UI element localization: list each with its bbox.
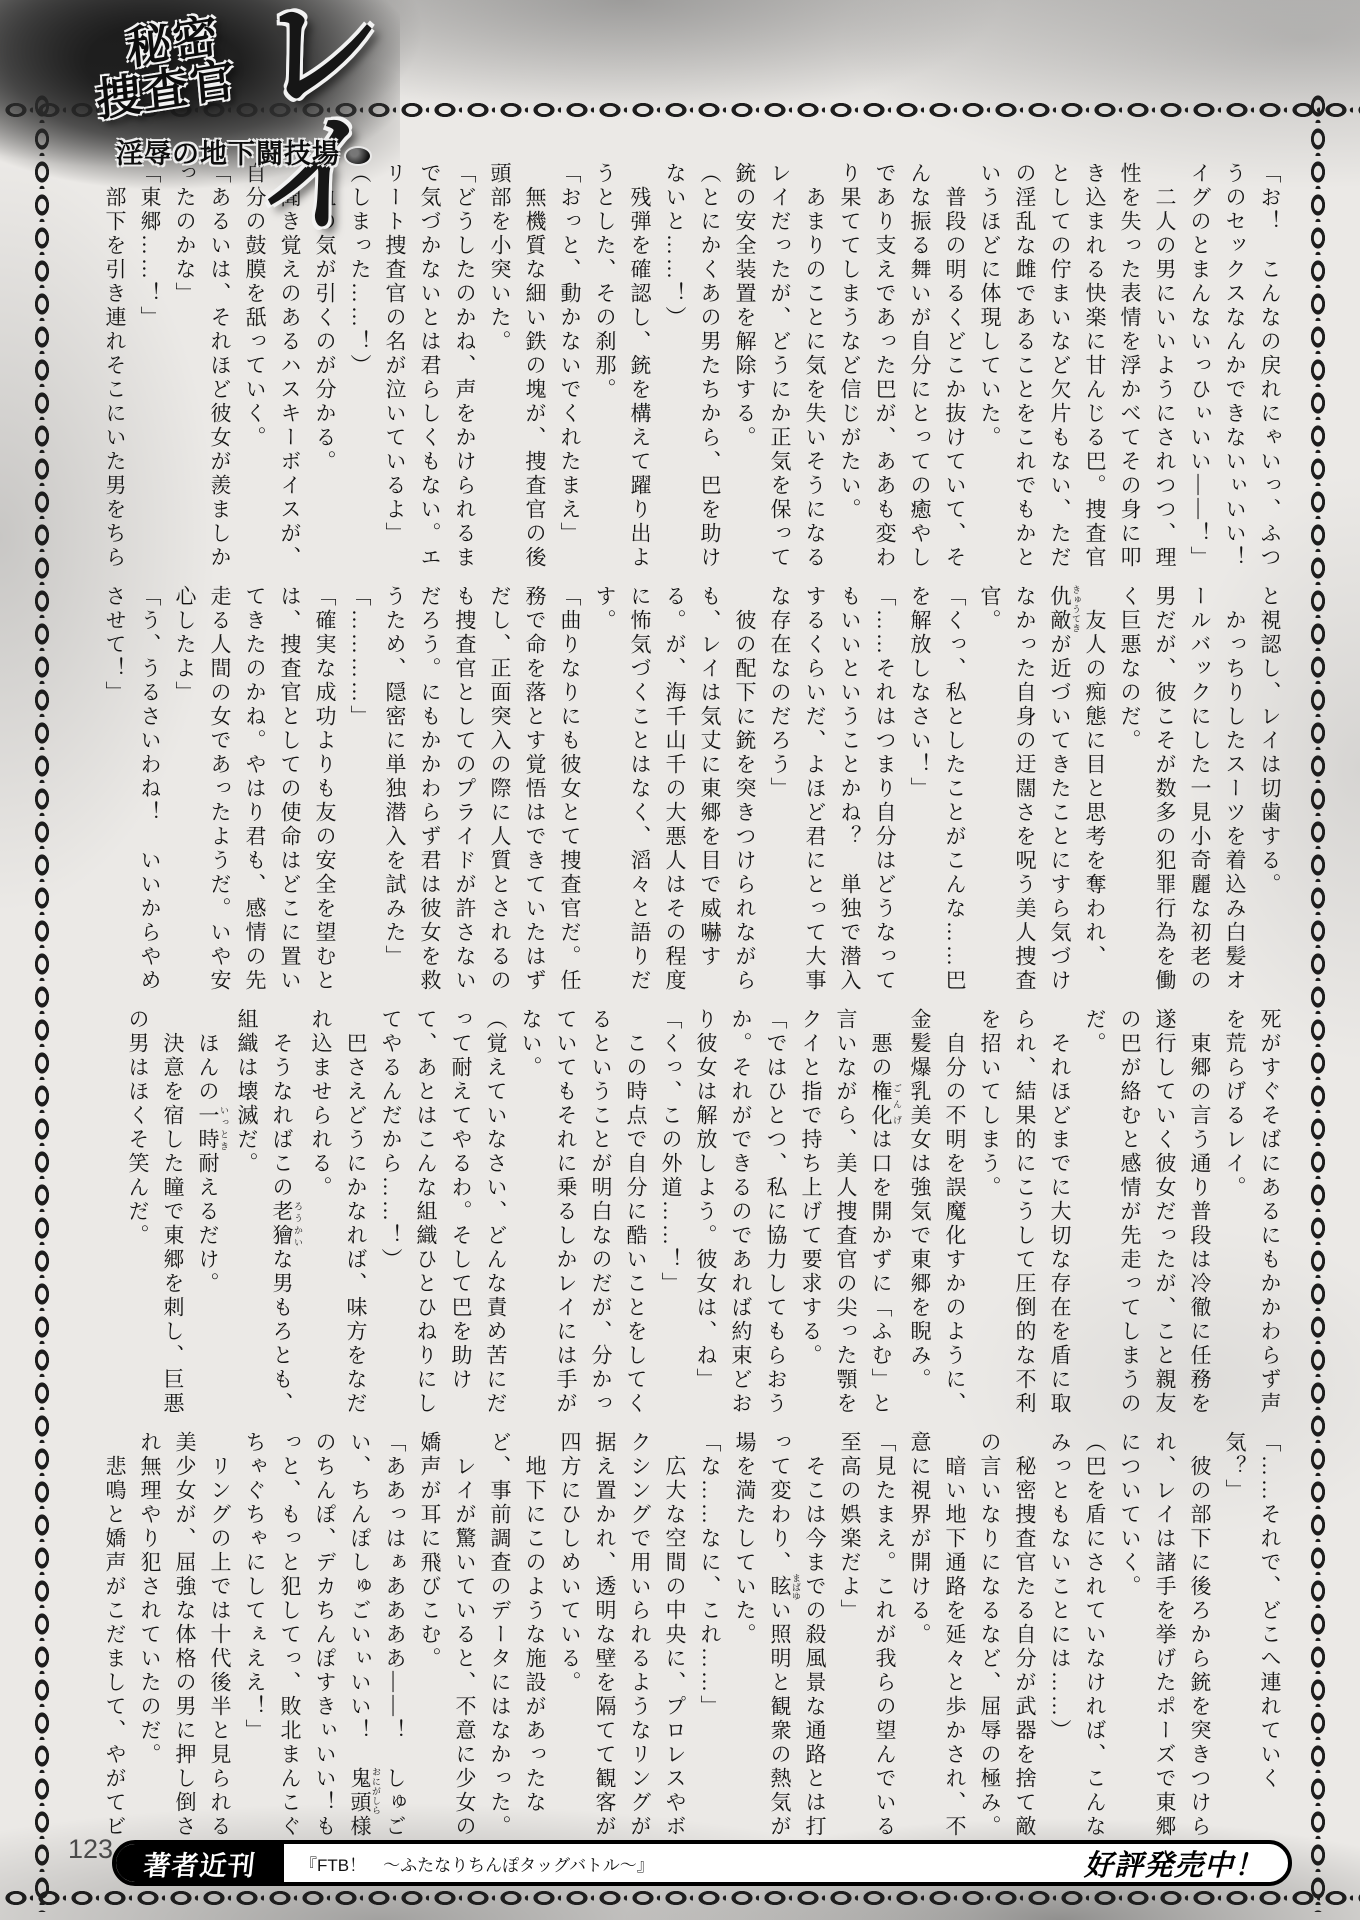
footer-author-label: 著者近刊 <box>116 1844 284 1882</box>
paragraph: 「う、うるさいわね！ いいからやめさせて！」 <box>97 585 167 1003</box>
paragraph: 頭に血が上り、銃を突きつけられて <box>95 585 97 1003</box>
paragraph: 巴さえどうにかなれば、味方をなだれ込ませられる。 <box>303 1008 373 1426</box>
text-band-2: と視認し、レイは切歯する。 かっちりしたスーツを着込み白髪オールバックにした一見… <box>95 585 1287 1003</box>
series-subtitle: 淫辱の地下闘技場 <box>116 132 370 171</box>
paragraph: 普段の明るくどこか抜けていて、そんな振る舞いが自分にとっての癒やしであり支えであ… <box>832 162 972 580</box>
paragraph: それほどまでに大切な存在を盾に取られ、結果的にこうして圧倒的な不利を招いてしまう… <box>972 1008 1077 1426</box>
paragraph: 決意を宿した瞳で東郷を刺し、巨悪の男はほくそ笑んだ。 <box>120 1008 190 1426</box>
paragraph: 「な……なに、これ……」 <box>692 1431 727 1849</box>
paragraph: 「おっと、動かないでくれたまえ」 <box>552 162 587 580</box>
footer-promo-text: 好評発売中！ <box>1084 1843 1288 1884</box>
paragraph: 二人の男にいいようにされつつ、理性を失った表情を浮かべてその身に叩き込まれる快楽… <box>972 162 1182 580</box>
paragraph: 友人の痴態に目と思考を奪われ、仇敵きゅうてきが近づいてきたことにすら気づけなかっ… <box>972 585 1112 1003</box>
page-number: 123 <box>68 1834 113 1865</box>
chain-border-bottom <box>0 1884 1360 1912</box>
paragraph: 「ああっはぁああああ――！ しゅごい、ちんぽしゅごいぃいい！ 鬼頭おにがしら様の… <box>237 1431 412 1849</box>
paragraph: 部下を引き連れそこにいた男をちら <box>97 162 132 580</box>
paragraph: 彼の配下に銃を突きつけられながらも、レイは気丈に東郷を目で威嚇する。が、海千山千… <box>587 585 762 1003</box>
paragraph: 死がすぐそばにあるにもかかわらず声を荒らげるレイ。 <box>1217 1008 1287 1426</box>
footer-ad-bar: 著者近刊 『FTB！ 〜ふたなりちんぽタッグバトル〜』 好評発売中！ <box>112 1840 1292 1886</box>
paragraph: 「くっ、私としたことがこんな……巴を解放しなさい！」 <box>902 585 972 1003</box>
paragraph: （とにかくあの男たちから、巴を助けないと……！） <box>657 162 727 580</box>
paragraph: 暗い地下通路を延々と歩かされ、不意に視界が開ける。 <box>902 1431 972 1849</box>
paragraph: 地下にこのような施設があったなど、事前調査のデータにはなかった。 <box>482 1431 552 1849</box>
paragraph: 東郷の言う通り普段は冷徹に任務を遂行していく彼女だったが、こと親友の巴が絡むと感… <box>1077 1008 1217 1426</box>
paragraph: 残弾を確認し、銃を構えて躍り出ようとした、その刹那。 <box>587 162 657 580</box>
paragraph: 「見たまえ。これが我らの望んでいる至高の娯楽だよ」 <box>832 1431 902 1849</box>
paragraph: 「……それで、どこへ連れていく気？」 <box>1217 1431 1287 1849</box>
paragraph: 「…………」 <box>342 585 377 1003</box>
paragraph: 彼の部下に後ろから銃を突きつけられ、レイは諸手を挙げたポーズで東郷についていく。 <box>1112 1431 1217 1849</box>
paragraph: （覚えていなさい、どんな責め苦にだって耐えてやるわ。そして巴を助けて、あとはこん… <box>373 1008 513 1426</box>
paragraph: そうなればこの老獪ろうかいな男もろとも、組織は壊滅だ。 <box>229 1008 303 1426</box>
paragraph: 秘密捜査官たる自分が武器を捨て敵の言いなりになるなど、屈辱の極み。 <box>972 1431 1042 1849</box>
paragraph: そこは今までの殺風景な通路とは打って変わり、眩まばゆい照明と観衆の熱気が場を満た… <box>727 1431 832 1849</box>
paragraph: 「くっ、この外道……！」 <box>653 1008 688 1426</box>
paragraph: 「確実な成功よりも友の安全を望むとは、捜査官としての使命はどこに置いてきたのかね… <box>167 585 342 1003</box>
subtitle-oval-icon <box>346 148 370 164</box>
chain-border-left <box>28 90 56 1912</box>
paragraph: 無機質な細い鉄の塊が、捜査官の後頭部を小突いた。 <box>482 162 552 580</box>
footer-book-title: 『FTB！ 〜ふたなりちんぽタッグバトル〜』 <box>284 1851 1084 1876</box>
paragraph: リングの上では十代後半と見られる美少女が、屈強な体格の男に押し倒され無理やり犯さ… <box>132 1431 237 1849</box>
paragraph: この時点で自分に酷いことをしてくるということが明白なのだが、分かっていてもそれに… <box>513 1008 653 1426</box>
paragraph: 悲鳴と嬌声がこだまして、やがてビクビクと柔らかな肢体が痙攣する。 <box>95 1431 132 1849</box>
paragraph: 悪の権化ごんげは口を開かずに「ふむ」と言いながら、美人捜査官の尖った顎をクイと指… <box>793 1008 902 1426</box>
paragraph: 「ではひとつ、私に協力してもらおうか。それができるのであれば約束どおり彼女は解放… <box>688 1008 793 1426</box>
series-logo: 秘密 捜査官 レイ 淫辱の地下闘技場 <box>60 8 400 178</box>
paragraph: 「……それはつまり自分はどうなってもいいということかね？ 単独で潜入するくらいだ… <box>762 585 902 1003</box>
paragraph: 自分の不明を誤魔化すかのように、金髪爆乳美女は強気で東郷を睨み。 <box>902 1008 972 1426</box>
paragraph: （巴を盾にされていなければ、こんなみっともないことには……） <box>1042 1431 1112 1849</box>
series-title-name: レイ <box>255 0 402 251</box>
chain-border-right <box>1304 90 1332 1912</box>
paragraph: と視認し、レイは切歯する。 <box>1252 585 1287 1003</box>
paragraph: かっちりしたスーツを着込み白髪オールバックにした一見小奇麗な初老の男だが、彼こそ… <box>1112 585 1252 1003</box>
paragraph: 広大な空間の中央に、プロレスやボクシングで用いられるようなリングが据え置かれ、透… <box>552 1431 692 1849</box>
text-band-3: 死がすぐそばにあるにもかかわらず声を荒らげるレイ。 東郷の言う通り普段は冷徹に任… <box>95 1008 1287 1426</box>
series-title: 秘密 捜査官 <box>91 11 238 125</box>
paragraph: 「お！ こんなの戻れにゃいっ、ふつうのセックスなんかできないぃいい！ イグのとま… <box>1182 162 1287 580</box>
text-band-4: 「……それで、どこへ連れていく気？」 彼の部下に後ろから銃を突きつけられ、レイは… <box>95 1431 1287 1849</box>
paragraph: ほんの一時いっとき耐えるだけ。 <box>190 1008 229 1426</box>
novel-page: 秘密 捜査官 レイ 淫辱の地下闘技場 「お！ こんなの戻れにゃいっ、ふつうのセッ… <box>0 0 1360 1920</box>
series-subtitle-text: 淫辱の地下闘技場 <box>116 139 340 169</box>
paragraph: 「曲りなりにも彼女とて捜査官だ。任務で命を落とす覚悟はできていたはずだし、正面突… <box>377 585 587 1003</box>
paragraph: あまりのことに気を失いそうになるレイだったが、どうにか正気を保って銃の安全装置を… <box>727 162 832 580</box>
paragraph: レイが驚いていると、不意に少女の嬌声が耳に飛びこむ。 <box>412 1431 482 1849</box>
paragraph: 「東郷……！」 <box>132 162 167 580</box>
paragraph: 「あるいは、それほど彼女が羨ましかったのかな」 <box>167 162 237 580</box>
